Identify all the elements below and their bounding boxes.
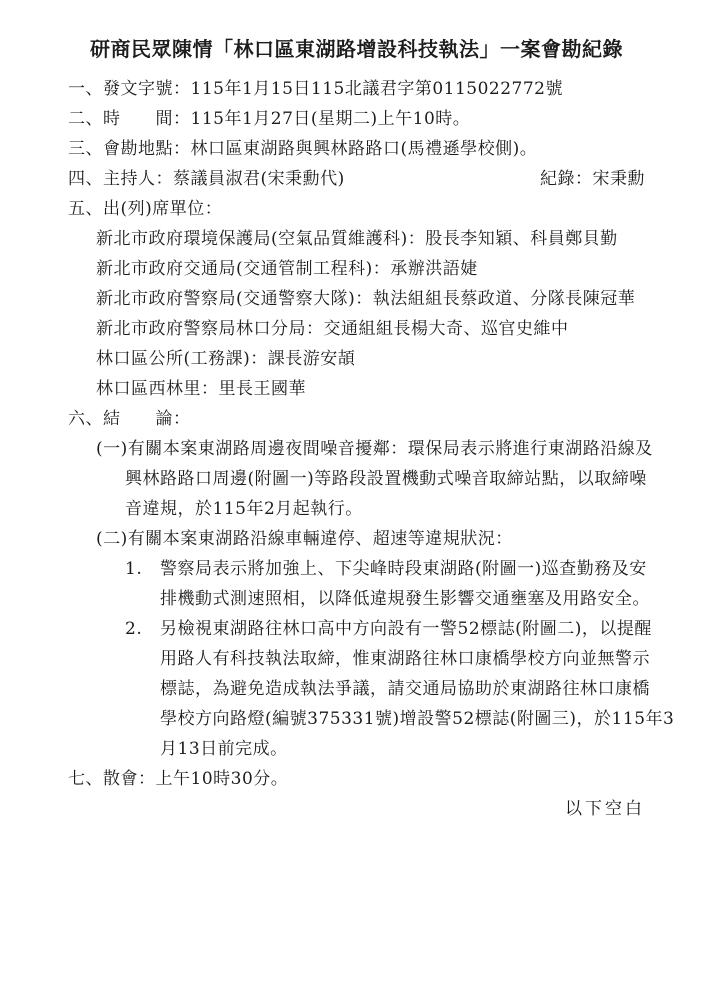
conclusion-item-1-line: 興林路路口周邊(附圖一)等路段設置機動式噪音取締站點，以取締噪 [68,464,645,494]
conclusion-item-2-heading: (二)有關本案東湖路沿線車輛違停、超速等違規狀況： [68,524,645,554]
subitem-text: 警察局表示將加強上、下尖峰時段東湖路(附圖一)巡查勤務及安 [160,554,647,584]
document-page: 研商民眾陳情「林口區東湖路增設科技執法」一案會勘紀錄 一、發文字號：115年1月… [0,0,707,1000]
attendee-line: 新北市政府環境保護局(空氣品質維護科)：股長李知穎、科員鄭貝勤 [68,224,645,254]
conclusion-heading: 六、結 論： [68,404,645,434]
conclusion-subitem-2-line: 標誌，為避免造成執法爭議，請交通局協助於東湖路往林口康橋 [68,674,645,704]
attendee-line: 新北市政府警察局(交通警察大隊)：執法組組長蔡政道、分隊長陳冠華 [68,284,645,314]
attendee-line: 新北市政府交通局(交通管制工程科)：承辦洪語婕 [68,254,645,284]
attendees-heading: 五、出(列)席單位： [68,194,645,224]
recorder-label: 紀錄：宋秉勳 [540,164,645,194]
conclusion-item-1-line: 音違規，於115年2月起執行。 [68,494,645,524]
conclusion-item-1-line: (一)有關本案東湖路周邊夜間噪音擾鄰：環保局表示將進行東湖路沿線及 [68,434,645,464]
attendee-line: 林口區西林里：里長王國華 [68,374,645,404]
attendee-line: 新北市政府警察局林口分局：交通組組長楊大奇、巡官史維中 [68,314,645,344]
meeting-time-line: 二、時 間：115年1月27日(星期二)上午10時。 [68,104,645,134]
adjournment-line: 七、散會：上午10時30分。 [68,764,645,794]
conclusion-subitem-1-line: 1. 警察局表示將加強上、下尖峰時段東湖路(附圖一)巡查勤務及安 [68,554,645,584]
conclusion-subitem-1-line: 排機動式測速照相，以降低違規發生影響交通壅塞及用路安全。 [68,584,645,614]
attendee-line: 林口區公所(工務課)：課長游安頡 [68,344,645,374]
doc-number-line: 一、發文字號：115年1月15日115北議君字第0115022772號 [68,74,645,104]
conclusion-subitem-2-line: 用路人有科技執法取締，惟東湖路往林口康橋學校方向並無警示 [68,644,645,674]
subitem-text: 另檢視東湖路往林口高中方向設有一警52標誌(附圖二)，以提醒 [160,614,652,644]
list-number: 1. [125,554,160,584]
conclusion-subitem-2-line: 學校方向路燈(編號375331號)增設警52標誌(附圖三)，於115年3 [68,704,645,734]
host-label: 四、主持人：蔡議員淑君(宋秉勳代) [68,164,345,194]
meeting-location-line: 三、會勘地點：林口區東湖路與興林路路口(馬禮遜學校側)。 [68,134,645,164]
host-line: 四、主持人：蔡議員淑君(宋秉勳代) 紀錄：宋秉勳 [68,164,645,194]
document-title: 研商民眾陳情「林口區東湖路增設科技執法」一案會勘紀錄 [68,34,645,64]
conclusion-subitem-2-line: 月13日前完成。 [68,734,645,764]
conclusion-subitem-2-line: 2. 另檢視東湖路往林口高中方向設有一警52標誌(附圖二)，以提醒 [68,614,645,644]
list-number: 2. [125,614,160,644]
below-blank-label: 以下空白 [68,794,645,824]
